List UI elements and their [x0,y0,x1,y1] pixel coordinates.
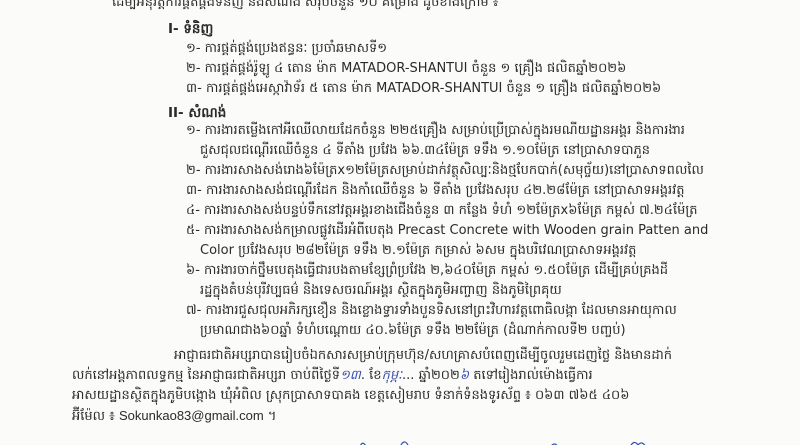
item-text: ការងារចាក់ថ្នឹមបេតុងធ្វើជារបងតាមខ្សែព្រំ… [204,263,668,278]
construction-item: ១- ការងារតម្លើងកៅអីឈើលាយដែកចំនួន ២២៥គ្រឿ… [186,122,685,140]
email-link[interactable]: Sokunkao83@gmail.com [119,408,264,423]
document-page: ដើម្បីអនុវត្តការផ្គត់ផ្គង់ទំនិញ និងសំណង់… [0,0,800,445]
closing-line-1: អាជ្ញាធរជាតិអប្សរាបានរៀបចំឯកសារសម្រាប់ក្… [174,347,672,365]
goods-item: ៣- ការផ្គត់ផ្គង់អេស្កាវ៉ាទ័រ ៥ តោន ម៉ាក … [186,80,661,98]
section-goods-heading: I- ទំនិញ [168,20,213,38]
closing-text: ... ឆ្នាំ២០២ [402,368,460,383]
handwritten-month: កុម្ភៈ [382,368,402,383]
item-text: ការផ្គត់ផ្គង់រ៉ូឡូ ៤ តោន ម៉ាក MATADOR-SH… [205,61,627,76]
item-continuation: Color ប្រវែងសរុប ២៨២ម៉ែត្រ ទទឹង ២.១ម៉ែត្… [200,242,636,260]
construction-item: ៦- ការងារចាក់ថ្នឹមបេតុងធ្វើជារបងតាមខ្សែព… [186,262,668,280]
item-text: ការងារជួសជុលអភិរក្សខឿន និងខ្លោងទ្វារទាំង… [206,303,677,318]
construction-item: ២- ការងារសាងសង់រោង៦ម៉ែត្រx១២ម៉ែត្រសម្រាប… [186,162,704,180]
handwritten-year-digit: ៦ [460,368,469,383]
intro-line: ដើម្បីអនុវត្តការផ្គត់ផ្គង់ទំនិញ និងសំណង់… [112,0,498,12]
item-continuation: រដ្ឋក្នុងតំបន់បុរីវប្បធម៌ និងទេសចរណ៍អង្គ… [200,282,562,300]
item-number: ៣- [186,81,202,96]
closing-line-2: លក់នៅអង្គភាពលទ្ធកម្ម នៃអាជ្ញាធរជាតិអប្សរ… [72,367,593,385]
item-continuation: ប្រមាណជាង៦០ឆ្នាំ ទំហំបណ្តោយ ៤០.៦ម៉ែត្រ ទ… [200,322,626,340]
construction-item: ៥- ការងារសាងសង់កម្រាលផ្លូវដើរអំពីបេតុង P… [186,222,708,240]
closing-line-3-address: អាសយដ្ឋានស្ថិតក្នុងភូមិបង្កោង ឃុំអំពិល ស… [72,387,629,405]
item-number: ៦- [186,263,200,278]
item-text: ការងារសាងសង់រោង៦ម៉ែត្រx១២ម៉ែត្រសម្រាប់ដា… [205,163,704,178]
handwriting-signature-icon [300,438,700,445]
closing-text: តទៅរៀងរាល់ម៉ោងធ្វើការ [469,368,593,383]
item-text: ការផ្គត់ផ្គង់ប្រេងឥន្ធនៈ ប្រចាំឆមាសទី១ [205,41,387,56]
item-continuation: ជួសជុលជណ្តើរឈើចំនួន ៤ ទីតាំង ប្រវែង ៦៦.៣… [200,142,650,160]
section-numeral: I- [168,21,179,37]
goods-item: ១- ការផ្គត់ផ្គង់ប្រេងឥន្ធនៈ ប្រចាំឆមាសទី… [186,40,387,58]
construction-item: ៧- ការងារជួសជុលអភិរក្សខឿន និងខ្លោងទ្វារទ… [186,302,677,320]
closing-text: . ខែ [361,368,382,383]
item-number: ១- [186,41,201,56]
item-number: ៣- [186,183,202,198]
section-title: សំណង់ [188,105,226,121]
construction-item: ៣- ការងារសាងសង់ជណ្តើរដែក និងកាំឈើចំនួន ៦… [186,182,684,200]
closing-punct: ។ [264,409,277,424]
item-number: ៧- [186,303,201,318]
item-number: ២- [186,163,201,178]
item-text: ការងារសាងសង់ជណ្តើរដែក និងកាំឈើចំនួន ៦ ទី… [206,183,685,198]
construction-item: ៤- ការងារសាងសង់បន្ទប់ទឹកនៅវត្តអង្គរខាងជើ… [186,202,697,220]
item-number: ២- [186,61,201,76]
closing-text: លក់នៅអង្គភាពលទ្ធកម្ម នៃអាជ្ញាធរជាតិអប្សរ… [72,368,340,383]
closing-email-line: អ៊ីម៉ែល ៖ Sokunkao83@gmail.com ។ [72,407,276,426]
item-text: ការងារតម្លើងកៅអីឈើលាយដែកចំនួន ២២៥គ្រឿង ស… [205,123,685,138]
email-label: អ៊ីម៉ែល ៖ [72,409,119,424]
item-text: ការផ្គត់ផ្គង់អេស្កាវ៉ាទ័រ ៥ តោន ម៉ាក MAT… [206,81,661,96]
item-number: ៤- [186,203,200,218]
item-number: ១- [186,123,201,138]
section-title: ទំនិញ [183,21,213,37]
section-construction-heading: II- សំណង់ [168,104,226,122]
section-numeral: II- [168,105,184,121]
item-text: ការងារសាងសង់បន្ទប់ទឹកនៅវត្តអង្គរខាងជើងចំ… [204,203,697,218]
handwritten-day: ១៣ [340,368,361,383]
item-text: ការងារសាងសង់កម្រាលផ្លូវដើរអំពីបេតុង Prec… [204,223,708,238]
goods-item: ២- ការផ្គត់ផ្គង់រ៉ូឡូ ៤ តោន ម៉ាក MATADOR… [186,60,626,78]
item-number: ៥- [186,223,200,238]
